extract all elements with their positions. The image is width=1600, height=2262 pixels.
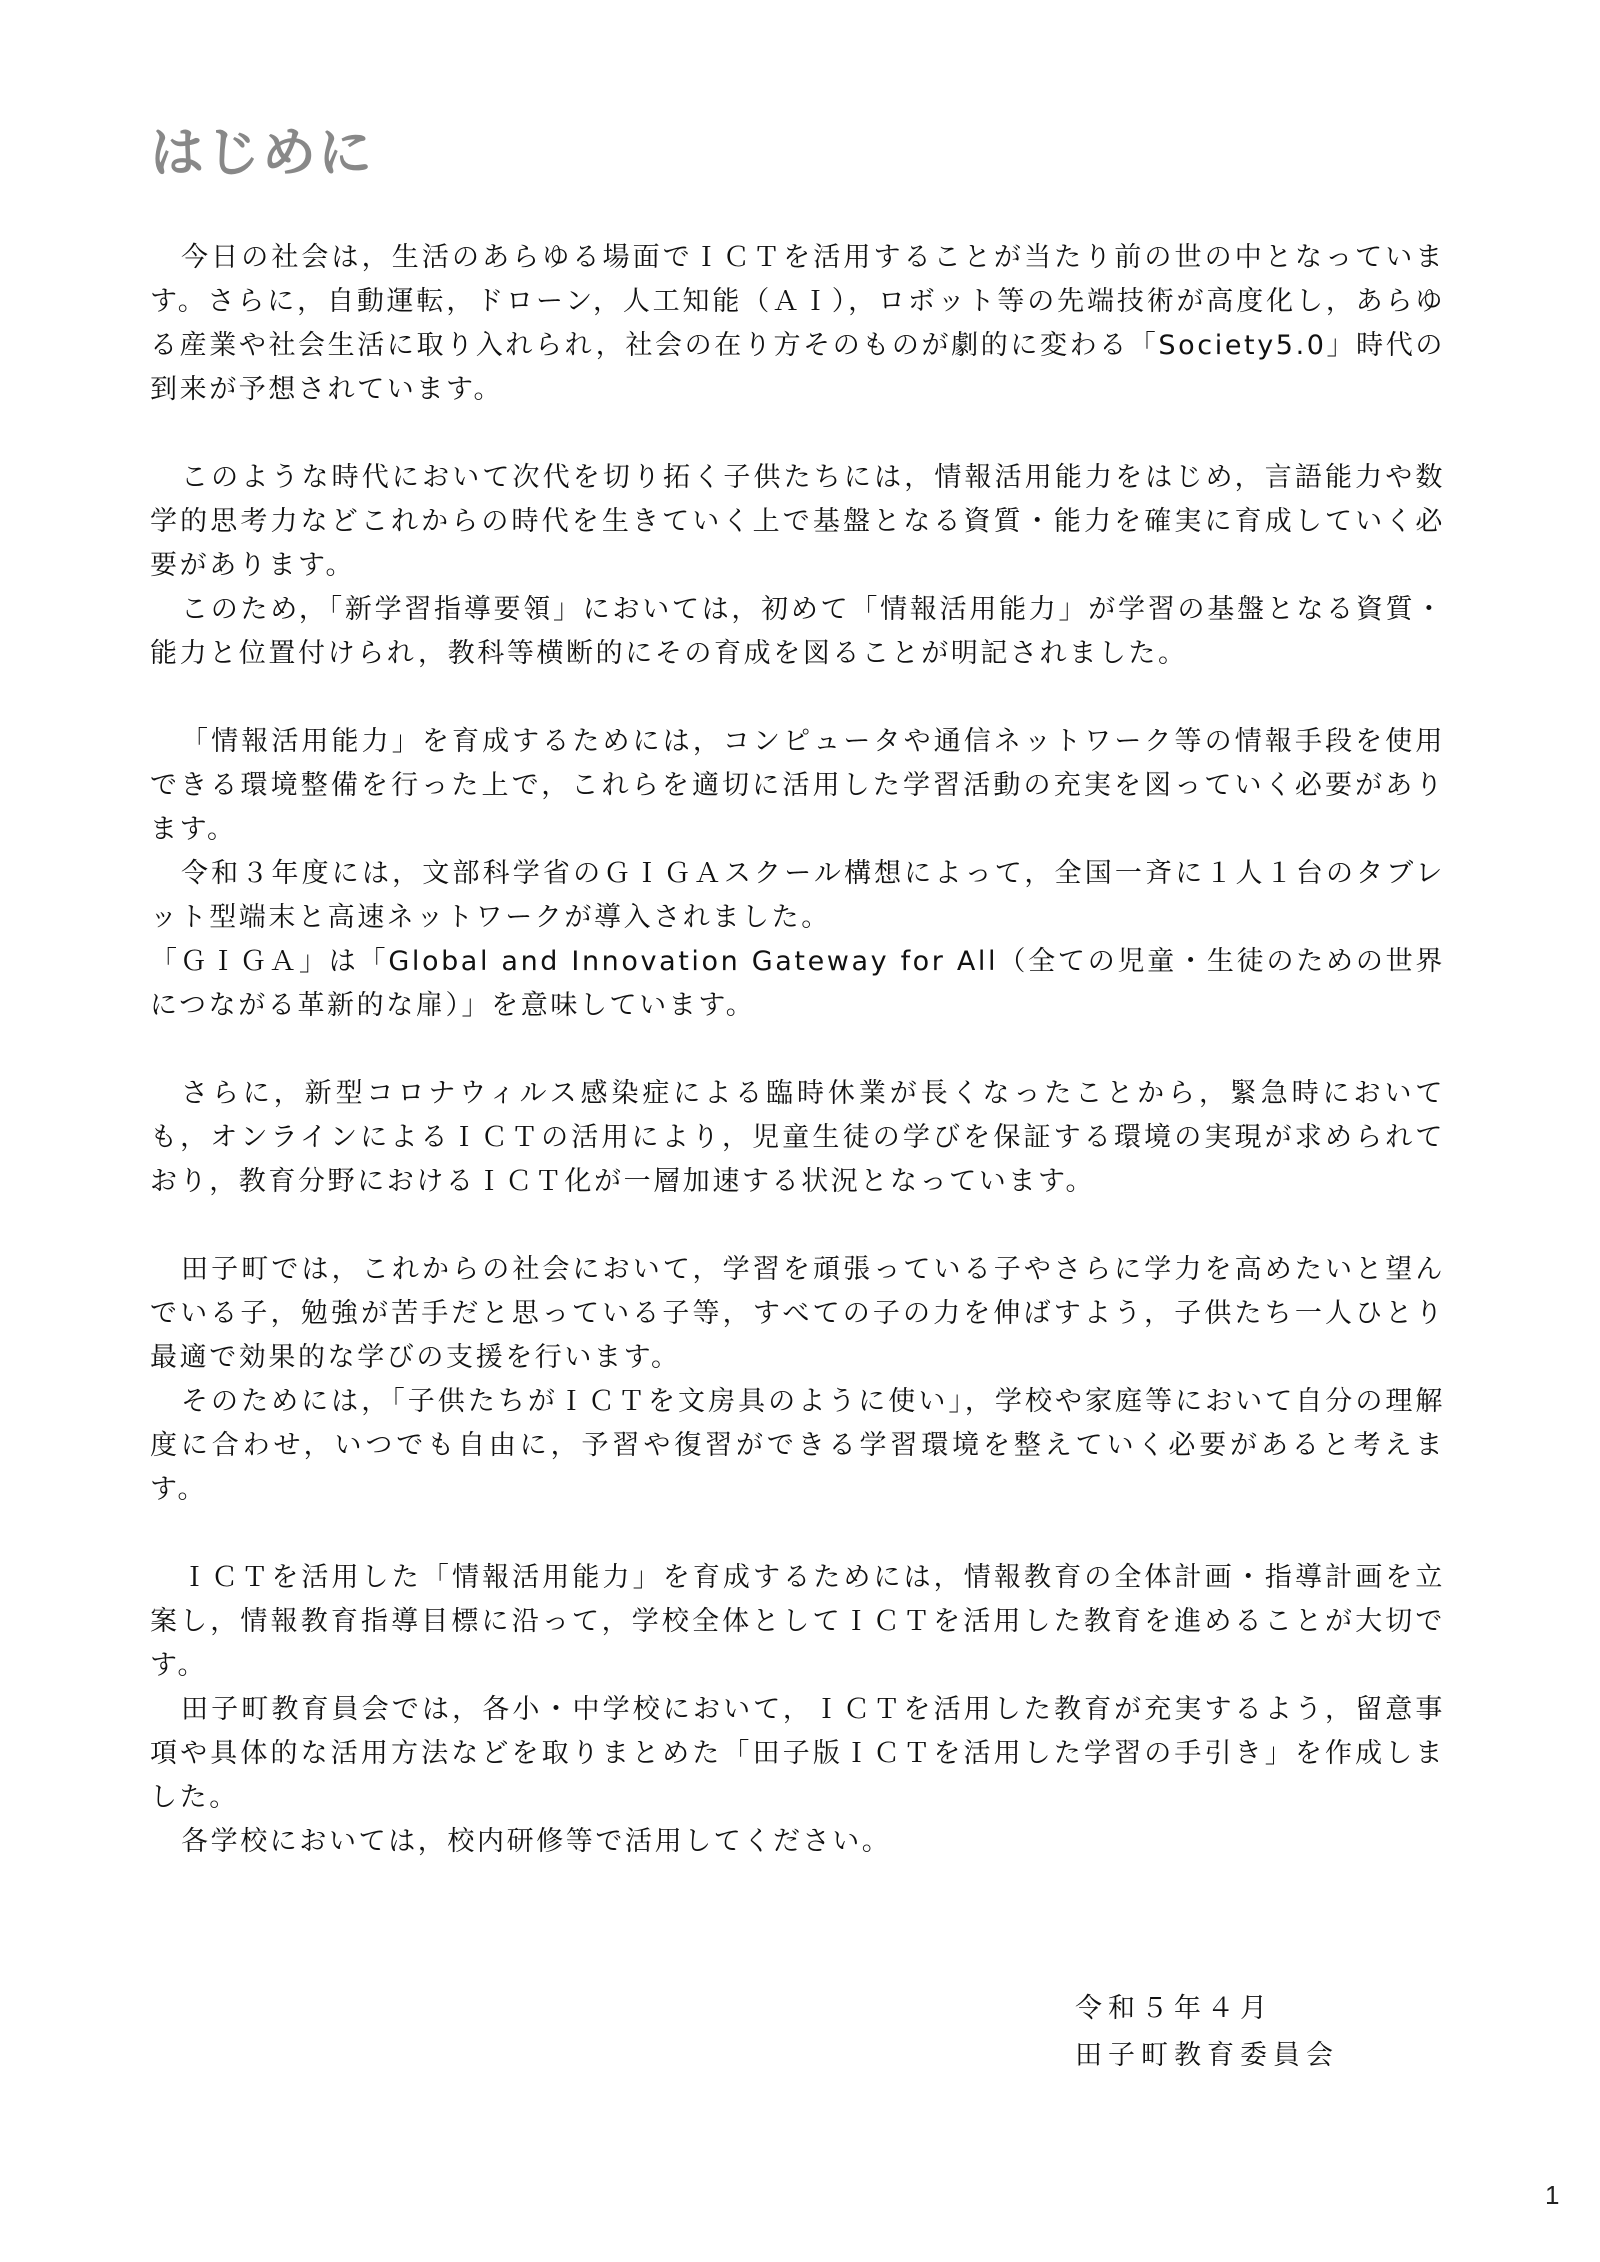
paragraph-society5: 今日の社会は，生活のあらゆる場面でＩＣＴを活用することが当たり前の世の中となって…: [150, 236, 1445, 412]
paragraph-guide-created: 田子町教育員会では，各小・中学校において，ＩＣＴを活用した教育が充実するよう，留…: [150, 1688, 1445, 1820]
paragraph-request: 各学校においては，校内研修等で活用してください。: [150, 1820, 1445, 1864]
paragraph-takko-support: 田子町では，これからの社会において，学習を頑張っている子やさらに学力を高めたいと…: [150, 1248, 1445, 1380]
document-body: 今日の社会は，生活のあらゆる場面でＩＣＴを活用することが当たり前の世の中となって…: [150, 236, 1445, 1864]
paragraph-giga-school: 令和３年度には，文部科学省のＧＩＧＡスクール構想によって，全国一斉に１人１台のタ…: [150, 852, 1445, 940]
paragraph-planning: ＩＣＴを活用した「情報活用能力」を育成するためには，情報教育の全体計画・指導計画…: [150, 1556, 1445, 1688]
signature-block: 令和５年４月 田子町教育委員会: [1075, 1985, 1339, 2079]
signature-date: 令和５年４月: [1075, 1985, 1339, 2032]
paragraph-new-curriculum: このため，「新学習指導要領」においては，初めて「情報活用能力」が学習の基盤となる…: [150, 588, 1445, 676]
paragraph-environment: 「情報活用能力」を育成するためには，コンピュータや通信ネットワーク等の情報手段を…: [150, 720, 1445, 852]
signature-organization: 田子町教育委員会: [1075, 2032, 1339, 2079]
paragraph-next-generation-skills: このような時代において次代を切り拓く子供たちには，情報活用能力をはじめ，言語能力…: [150, 456, 1445, 588]
page-title: はじめに: [150, 118, 374, 188]
page-number: 1: [1545, 2180, 1559, 2211]
paragraph-giga-meaning: 「ＧＩＧＡ」は「Global and Innovation Gateway fo…: [150, 940, 1445, 1028]
paragraph-stationery: そのためには，「子供たちがＩＣＴを文房具のように使い」，学校や家庭等において自分…: [150, 1380, 1445, 1512]
paragraph-covid: さらに，新型コロナウィルス感染症による臨時休業が長くなったことから，緊急時におい…: [150, 1072, 1445, 1204]
